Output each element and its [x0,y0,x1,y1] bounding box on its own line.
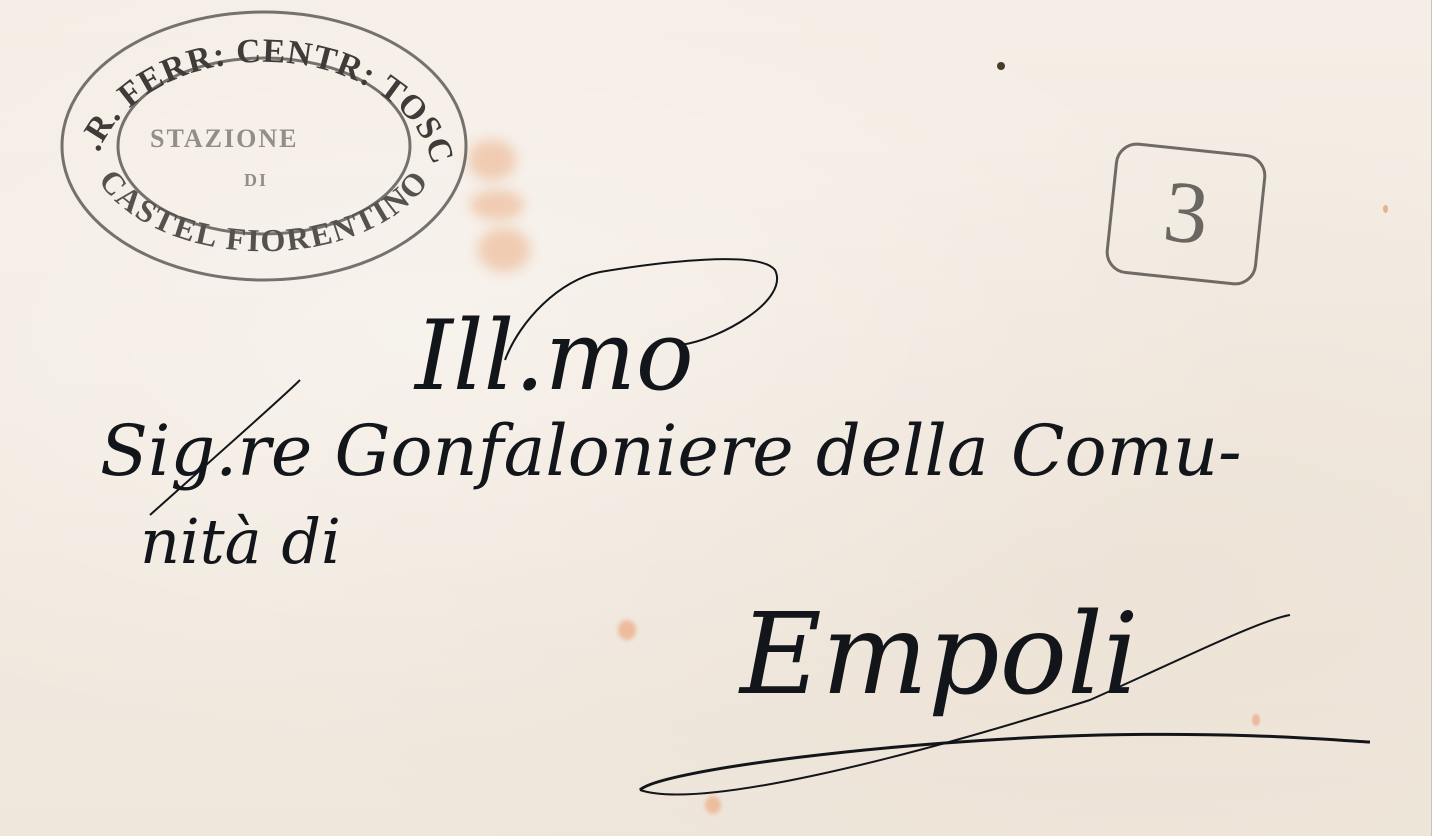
address-line-3: nità di [140,505,341,578]
address-line-2: Sig.re Gonfaloniere della Comu- [100,410,1242,492]
destination-town: Empoli [740,590,1139,720]
address-line-1: Ill.mo [415,300,694,412]
